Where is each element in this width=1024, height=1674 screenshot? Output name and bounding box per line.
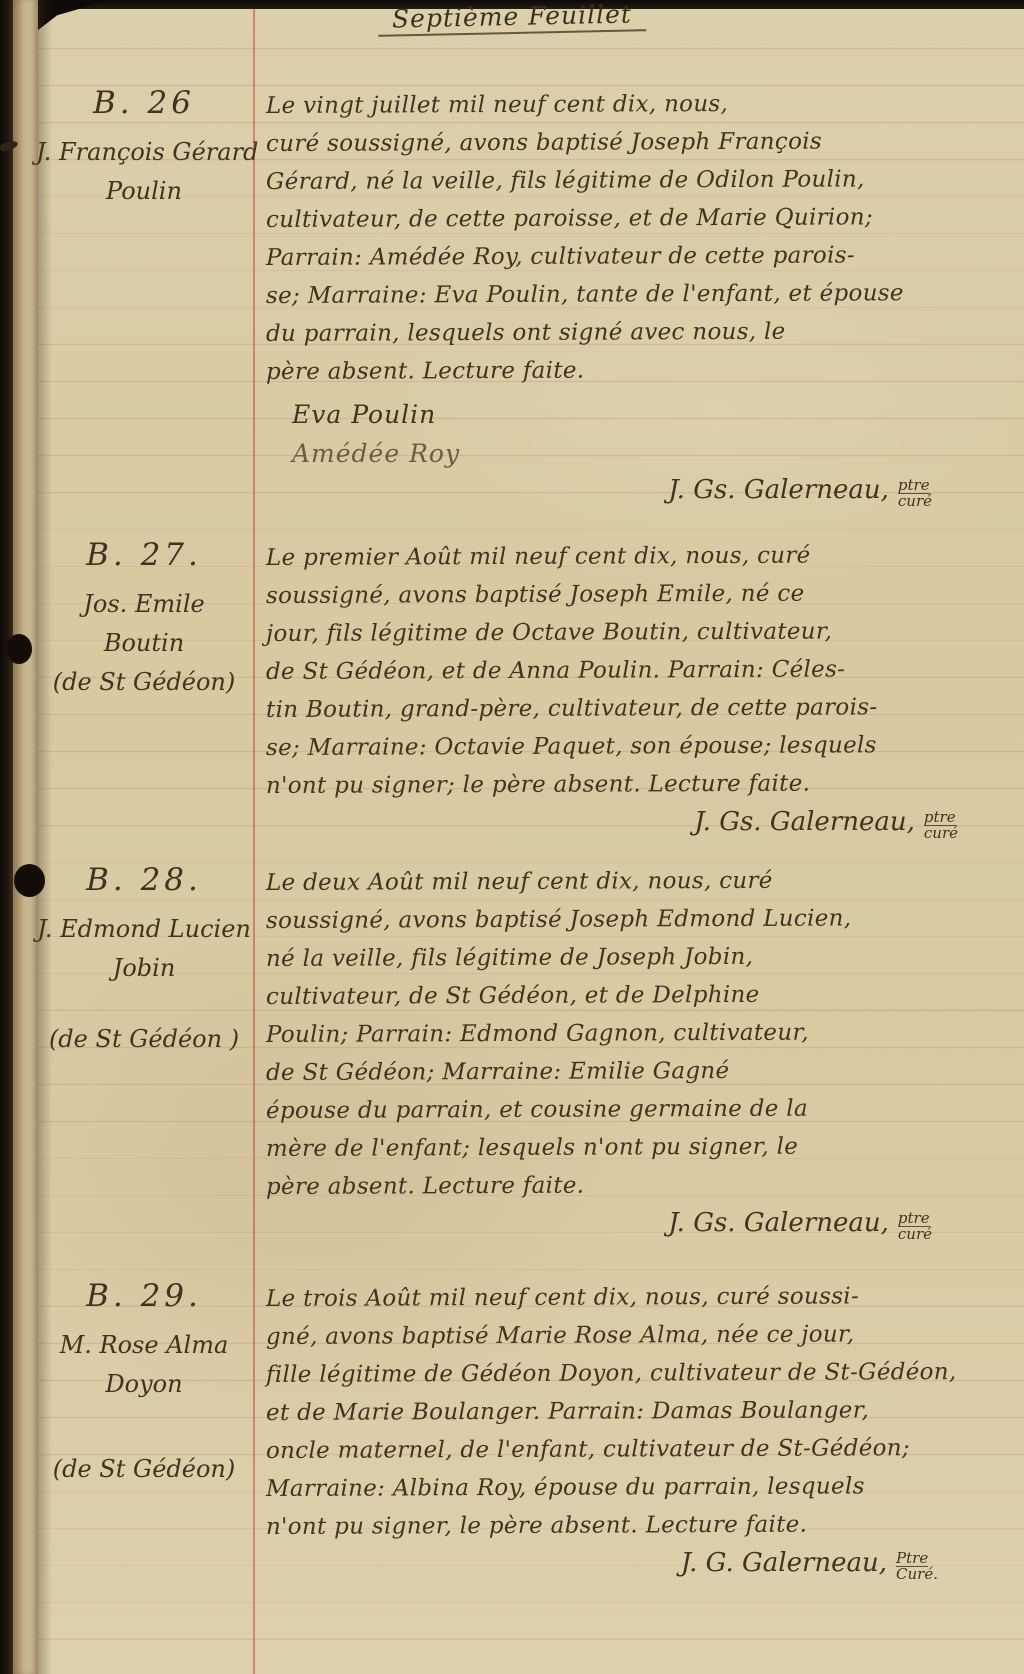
entry-text-line: de St Gédéon; Marraine: Emilie Gagné xyxy=(266,1051,1018,1092)
entry-text-line: cultivateur, de St Gédéon, et de Delphin… xyxy=(266,975,1018,1016)
entry-body: Le trois Août mil neuf cent dix, nous, c… xyxy=(266,1280,1018,1581)
priest-title: ptrecuré xyxy=(898,1211,932,1241)
entry-text-line: soussigné, avons baptisé Joseph Edmond L… xyxy=(266,899,1018,940)
entry-text-line: gné, avons baptisé Marie Rose Alma, née … xyxy=(266,1315,1018,1356)
entry-margin: B. 29.M. Rose AlmaDoyon(de St Gédéon) xyxy=(36,1278,252,1489)
priest-title-cure: curé xyxy=(898,1227,932,1241)
priest-name: J. Gs. Galerneau, xyxy=(668,475,889,505)
entry-number: B. 27. xyxy=(36,537,252,573)
entry-margin: B. 26J. François GérardPoulin xyxy=(36,85,252,211)
entry-text-line: Le premier Août mil neuf cent dix, nous,… xyxy=(266,536,1018,577)
entry-text-line: de St Gédéon, et de Anna Poulin. Parrain… xyxy=(266,650,1018,691)
priest-title: ptrecuré xyxy=(898,478,932,508)
witness-signature: Eva Poulin xyxy=(292,395,1018,434)
register-page: Septième Feuillet B. 26J. François Gérar… xyxy=(0,0,1024,1674)
witness-signature: Amédée Roy xyxy=(292,434,1018,473)
entry-text-line: Le vingt juillet mil neuf cent dix, nous… xyxy=(266,84,1018,125)
entry-text-line: père absent. Lecture faite. xyxy=(266,1165,1018,1206)
entry-number: B. 29. xyxy=(36,1278,252,1314)
entry-text-line: né la veille, fils légitime de Joseph Jo… xyxy=(266,937,1018,978)
priest-name: J. G. Galerneau, xyxy=(681,1548,887,1578)
entry-margin-name: J. Edmond Lucien xyxy=(36,910,252,949)
page-title: Septième Feuillet xyxy=(378,0,647,37)
entry-margin-name: J. François Gérard xyxy=(36,133,252,172)
entry-text-line: se; Marraine: Octavie Paquet, son épouse… xyxy=(266,726,1018,767)
priest-signature: J. G. Galerneau,PtreCuré. xyxy=(266,1548,1018,1581)
priest-title-cure: Curé. xyxy=(896,1567,938,1581)
entry-margin-name: (de St Gédéon ) xyxy=(36,1020,252,1059)
entry-text-line: mère de l'enfant; lesquels n'ont pu sign… xyxy=(266,1127,1018,1168)
entry-text-line: Le deux Août mil neuf cent dix, nous, cu… xyxy=(266,861,1018,902)
entry-margin-name: M. Rose Alma xyxy=(36,1326,252,1365)
entry-text-line: Le trois Août mil neuf cent dix, nous, c… xyxy=(266,1277,1018,1318)
entry-margin-name: Poulin xyxy=(36,172,252,211)
entry-text-line: se; Marraine: Eva Poulin, tante de l'enf… xyxy=(266,274,1018,315)
entry-text-line: épouse du parrain, et cousine germaine d… xyxy=(266,1089,1018,1130)
entry-body: Le premier Août mil neuf cent dix, nous,… xyxy=(266,539,1018,840)
entry-margin-name: Boutin xyxy=(36,624,252,663)
priest-signature: J. Gs. Galerneau,ptrecuré xyxy=(266,475,1018,508)
priest-name: J. Gs. Galerneau, xyxy=(694,807,915,837)
priest-title-cure: curé xyxy=(924,826,958,840)
entry-margin-name: Jobin xyxy=(36,949,252,988)
punch-hole xyxy=(6,634,32,664)
page-left-edge xyxy=(13,0,38,1674)
entry-body: Le vingt juillet mil neuf cent dix, nous… xyxy=(266,87,1018,508)
entry-text-line: oncle maternel, de l'enfant, cultivateur… xyxy=(266,1429,1018,1470)
entry-text-line: fille légitime de Gédéon Doyon, cultivat… xyxy=(266,1353,1018,1394)
entry-body: Le deux Août mil neuf cent dix, nous, cu… xyxy=(266,864,1018,1241)
entry-number: B. 28. xyxy=(36,862,252,898)
page-header: Septième Feuillet xyxy=(0,2,1024,34)
priest-title-cure: curé xyxy=(898,494,932,508)
entry-text-line: Marraine: Albina Roy, épouse du parrain,… xyxy=(266,1467,1018,1508)
entry-margin-name: (de St Gédéon) xyxy=(36,663,252,702)
entry-text-line: père absent. Lecture faite. xyxy=(266,350,1018,391)
margin-rule-line xyxy=(253,9,255,1674)
entry-margin-name: Doyon xyxy=(36,1365,252,1404)
priest-title: PtreCuré. xyxy=(896,1551,938,1581)
priest-signature: J. Gs. Galerneau,ptrecuré xyxy=(266,1208,1018,1241)
entry-text-line: n'ont pu signer, le père absent. Lecture… xyxy=(266,1505,1018,1546)
entry-text-line: n'ont pu signer; le père absent. Lecture… xyxy=(266,764,1018,805)
priest-title: ptrecuré xyxy=(924,810,958,840)
entry-text-line: soussigné, avons baptisé Joseph Emile, n… xyxy=(266,574,1018,615)
entry-margin-name: (de St Gédéon) xyxy=(36,1450,252,1489)
entry-text-line: cultivateur, de cette paroisse, et de Ma… xyxy=(266,198,1018,239)
entry-margin: B. 27.Jos. EmileBoutin(de St Gédéon) xyxy=(36,537,252,702)
entry-text-line: tin Boutin, grand-père, cultivateur, de … xyxy=(266,688,1018,729)
priest-signature: J. Gs. Galerneau,ptrecuré xyxy=(266,807,1018,840)
book-binding xyxy=(0,0,13,1674)
entry-text-line: Poulin; Parrain: Edmond Gagnon, cultivat… xyxy=(266,1013,1018,1054)
entry-text-line: Parrain: Amédée Roy, cultivateur de cett… xyxy=(266,236,1018,277)
witness-signatures: Eva PoulinAmédée Roy xyxy=(292,395,1018,473)
entry-text-line: jour, fils légitime de Octave Boutin, cu… xyxy=(266,612,1018,653)
priest-name: J. Gs. Galerneau, xyxy=(668,1208,889,1238)
entry-text-line: du parrain, lesquels ont signé avec nous… xyxy=(266,312,1018,353)
entry-text-line: curé soussigné, avons baptisé Joseph Fra… xyxy=(266,122,1018,163)
entry-text-line: Gérard, né la veille, fils légitime de O… xyxy=(266,160,1018,201)
entry-text-line: et de Marie Boulanger. Parrain: Damas Bo… xyxy=(266,1391,1018,1432)
entry-margin-name: Jos. Emile xyxy=(36,585,252,624)
entry-margin: B. 28.J. Edmond LucienJobin(de St Gédéon… xyxy=(36,862,252,1059)
entry-number: B. 26 xyxy=(36,85,252,121)
